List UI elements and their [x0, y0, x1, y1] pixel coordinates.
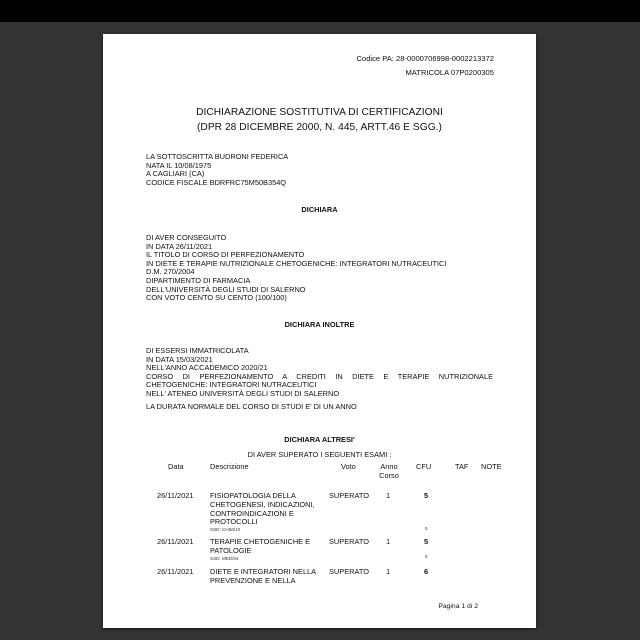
- exam-anno: 1: [386, 492, 390, 501]
- col-header-descrizione: Descrizione: [210, 462, 249, 471]
- conseguimento-block: DI AVER CONSEGUITO IN DATA 26/11/2021 IL…: [146, 234, 446, 303]
- page-number: Pagina 1 di 2: [438, 603, 478, 610]
- col-header-data: Data: [168, 462, 184, 471]
- exam-voto: SUPERATO: [329, 492, 369, 501]
- viewer-top-bar: [0, 0, 640, 22]
- exam-description-line: PATOLOGIE: [210, 547, 310, 556]
- person-block: LA SOTTOSCRITTA BUDRONI FEDERICA NATA IL…: [146, 153, 288, 187]
- document-subtitle: (DPR 28 DICEMBRE 2000, N. 445, ARTT.46 E…: [103, 122, 536, 133]
- exam-cfu-detail: 5: [425, 525, 428, 534]
- text-line: CON VOTO CENTO SU CENTO (100/100): [146, 294, 446, 303]
- exam-cfu: 5: [424, 492, 428, 501]
- col-header-anno: Anno Corso: [379, 462, 399, 480]
- exam-cfu-detail: 5: [425, 553, 428, 562]
- exam-description: DIETE E INTEGRATORI NELLA PREVENZIONE E …: [210, 568, 316, 586]
- exam-voto: SUPERATO: [329, 568, 369, 577]
- col-header-anno-line1: Anno: [379, 462, 399, 471]
- document-page: Codice PA: 28-0000706998-0002213372 MATR…: [103, 34, 536, 628]
- exam-description: TERAPIE CHETOGENICHE E PATOLOGIE SSD: ME…: [210, 538, 310, 562]
- section-heading-dichiara-inoltre: DICHIARA INOLTRE: [103, 320, 536, 329]
- duration-line: LA DURATA NORMALE DEL CORSO DI STUDI E' …: [146, 403, 357, 412]
- section-heading-dichiara: DICHIARA: [103, 205, 536, 214]
- document-title: DICHIARAZIONE SOSTITUTIVA DI CERTIFICAZI…: [103, 107, 536, 118]
- duration-text: LA DURATA NORMALE DEL CORSO DI STUDI E' …: [146, 403, 357, 412]
- col-header-note: NOTE: [481, 462, 502, 471]
- exams-subheading: DI AVER SUPERATO I SEGUENTI ESAMI :: [103, 450, 536, 459]
- exam-anno: 1: [386, 568, 390, 577]
- col-header-voto: Voto: [341, 462, 356, 471]
- exam-date: 26/11/2021: [157, 538, 193, 547]
- col-header-cfu: CFU: [416, 462, 431, 471]
- exam-voto: SUPERATO: [329, 538, 369, 547]
- exam-anno: 1: [386, 538, 390, 547]
- exam-cfu: 5: [424, 538, 428, 547]
- exam-date: 26/11/2021: [157, 492, 193, 501]
- exam-description-line: PROTOCOLLI: [210, 518, 315, 527]
- matricola: MATRICOLA 07P0200305: [405, 68, 494, 77]
- exam-description-line: PREVENZIONE E NELLA: [210, 577, 316, 586]
- exam-ssd: SSD: MED/04: [210, 556, 310, 562]
- section-heading-dichiara-altresi: DICHIARA ALTRESI': [103, 435, 536, 444]
- exam-cfu: 6: [424, 568, 428, 577]
- text-line: NELL' ATENEO UNIVERSITÀ DEGLI STUDI DI S…: [146, 390, 493, 399]
- col-header-anno-line2: Corso: [379, 471, 399, 480]
- exam-date: 26/11/2021: [157, 568, 193, 577]
- col-header-taf: TAF: [455, 462, 468, 471]
- exam-description: FISIOPATOLOGIA DELLA CHETOGENESI, INDICA…: [210, 492, 315, 533]
- codice-pa: Codice PA: 28-0000706998-0002213372: [356, 54, 494, 63]
- exam-ssd: SSD: CHIM/10: [210, 527, 315, 533]
- immatricolazione-block: DI ESSERSI IMMATRICOLATA IN DATA 15/03/2…: [146, 347, 493, 399]
- person-line: CODICE FISCALE BDRFRC75M50B354Q: [146, 179, 288, 188]
